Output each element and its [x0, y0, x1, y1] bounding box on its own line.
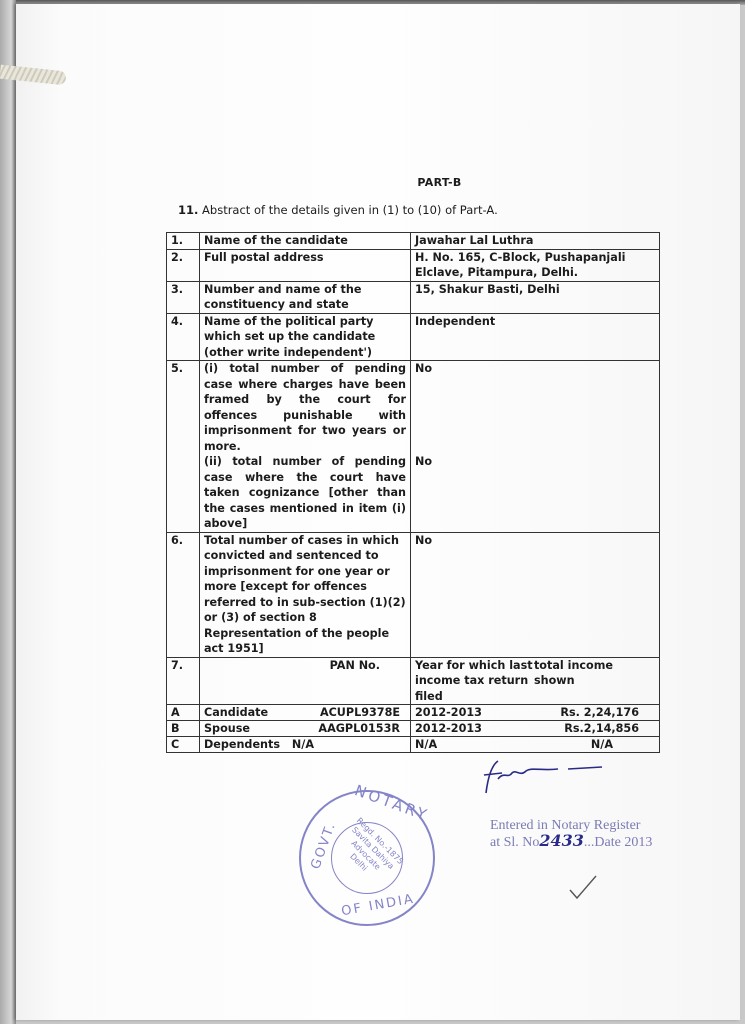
row-value: H. No. 165, C-Block, Pushapanjali Elclav…: [411, 249, 660, 281]
row-label: Name of the political party which set up…: [200, 313, 411, 361]
row-number: 1.: [167, 233, 200, 250]
binding-edge: [0, 0, 16, 1024]
income-row-data: N/A N/A: [411, 737, 660, 753]
income-row-data: 2012-2013 Rs.2,14,856: [411, 721, 660, 737]
section-text: Abstract of the details given in (1) to …: [202, 203, 498, 217]
notary-register-stamp: Entered in Notary Register at Sl. No2433…: [490, 818, 652, 850]
register-prefix: at Sl. No: [490, 835, 539, 850]
notary-stamp: NOTARY GOVT. OF INDIA Regd. No.-1875 Sav…: [299, 790, 435, 926]
income-row-data: 2012-2013 Rs. 2,24,176: [411, 705, 660, 721]
income-header-row: 7. PAN No. Year for which last income ta…: [167, 657, 660, 705]
income-row: A Candidate ACUPL9378E 2012-2013 Rs. 2,2…: [167, 705, 660, 721]
total-income: Rs.2,14,856: [564, 721, 655, 736]
register-suffix: ...Date 2013: [584, 835, 652, 850]
table-row: 5. (i) total number of pending case wher…: [167, 361, 660, 533]
table-row: 1. Name of the candidate Jawahar Lal Lut…: [167, 233, 660, 250]
row-number: 6.: [167, 532, 200, 657]
person-type: Spouse: [204, 721, 250, 736]
signature-icon: [478, 757, 608, 797]
row-number: 7.: [167, 657, 200, 705]
row-label: Full postal address: [200, 249, 411, 281]
pending-cognizance-label: (ii) total number of pending case where …: [204, 454, 406, 532]
row-label: Name of the candidate: [200, 233, 411, 250]
row-value: No: [411, 532, 660, 657]
row-value: Jawahar Lal Luthra: [411, 233, 660, 250]
income-row-letter: C: [167, 737, 200, 753]
total-income: Rs. 2,24,176: [560, 705, 655, 720]
total-income: N/A: [591, 737, 655, 752]
income-row: C Dependents N/A N/A N/A: [167, 737, 660, 753]
pan-header: PAN No.: [200, 657, 411, 705]
income-row-person: Dependents N/A: [200, 737, 411, 753]
income-header-cell: Year for which last income tax return fi…: [411, 657, 660, 705]
register-serial: 2433: [539, 831, 584, 850]
tax-year: 2012-2013: [415, 721, 482, 736]
section-number: 11.: [178, 203, 198, 217]
pending-cognizance-value: No: [415, 454, 655, 470]
row-number: 4.: [167, 313, 200, 361]
abstract-table: 1. Name of the candidate Jawahar Lal Lut…: [166, 232, 660, 753]
row-number: 3.: [167, 281, 200, 313]
row-number: 2.: [167, 249, 200, 281]
table-row: 4. Name of the political party which set…: [167, 313, 660, 361]
row-value: No No: [411, 361, 660, 533]
checkmark-icon: [568, 872, 598, 902]
income-row-letter: A: [167, 705, 200, 721]
row-number: 5.: [167, 361, 200, 533]
table-row: 3. Number and name of the constituency a…: [167, 281, 660, 313]
pan-number: N/A: [292, 738, 314, 751]
income-header: total income shown: [534, 658, 655, 705]
register-line-2: at Sl. No2433...Date 2013: [490, 833, 652, 850]
tax-year: N/A: [415, 737, 437, 752]
income-row-person: Spouse AAGPL0153R: [200, 721, 411, 737]
section-heading: 11. Abstract of the details given in (1)…: [178, 203, 498, 217]
pan-number: ACUPL9378E: [320, 705, 400, 720]
person-type: Dependents: [204, 738, 280, 751]
row-label: Number and name of the constituency and …: [200, 281, 411, 313]
table-row: 6. Total number of cases in which convic…: [167, 532, 660, 657]
pending-charges-value: No: [415, 361, 655, 377]
row-value: Independent: [411, 313, 660, 361]
pending-charges-label: (i) total number of pending case where c…: [204, 361, 406, 454]
income-row-person: Candidate ACUPL9378E: [200, 705, 411, 721]
part-title: PART-B: [0, 176, 745, 189]
person-type: Candidate: [204, 705, 268, 720]
tax-year: 2012-2013: [415, 705, 482, 720]
pan-number: AAGPL0153R: [318, 721, 400, 736]
row-value: 15, Shakur Basti, Delhi: [411, 281, 660, 313]
year-header: Year for which last income tax return fi…: [415, 658, 534, 705]
row-label: (i) total number of pending case where c…: [200, 361, 411, 533]
income-row-letter: B: [167, 721, 200, 737]
income-row: B Spouse AAGPL0153R 2012-2013 Rs.2,14,85…: [167, 721, 660, 737]
table-row: 2. Full postal address H. No. 165, C-Blo…: [167, 249, 660, 281]
row-label: Total number of cases in which convicted…: [200, 532, 411, 657]
